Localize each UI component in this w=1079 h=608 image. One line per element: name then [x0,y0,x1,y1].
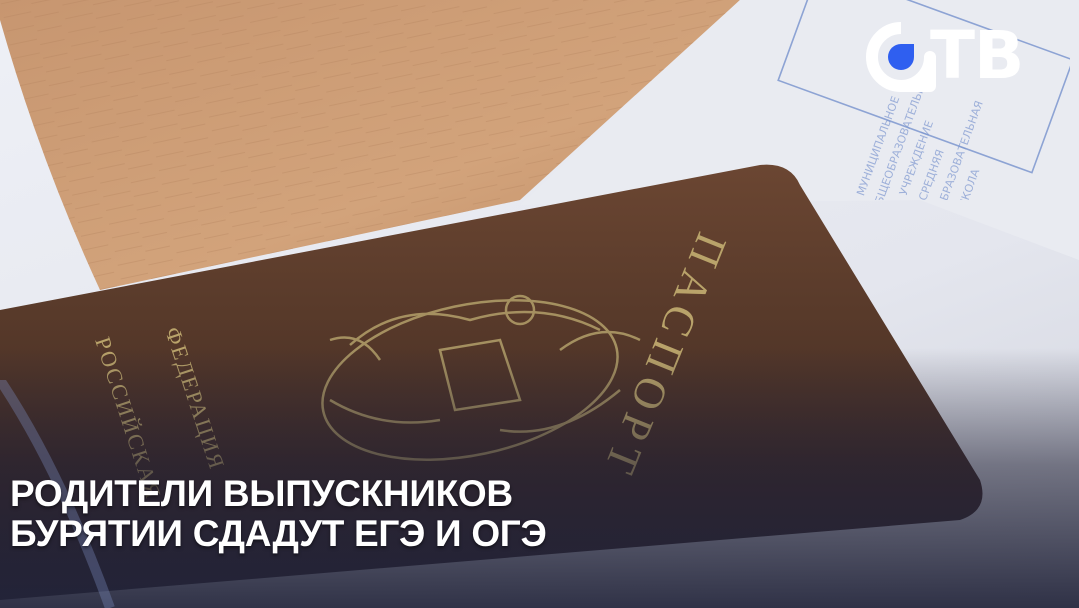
channel-logo: ТВ [866,22,1062,92]
channel-logo-text: ТВ [930,16,1023,96]
headline-line-1: РОДИТЕЛИ ВЫПУСКНИКОВ [10,474,547,514]
atv-drop-icon [866,22,936,92]
news-headline: РОДИТЕЛИ ВЫПУСКНИКОВ БУРЯТИИ СДАДУТ ЕГЭ … [10,474,547,554]
headline-line-2: БУРЯТИИ СДАДУТ ЕГЭ И ОГЭ [10,514,547,554]
